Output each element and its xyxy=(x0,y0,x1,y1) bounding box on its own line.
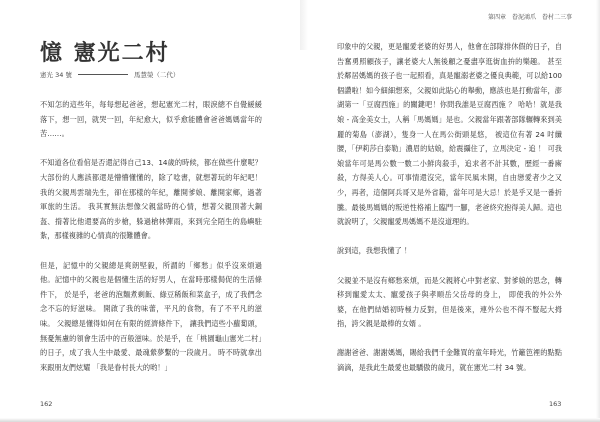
byline: 憲光 34 號 馬慧榮（二代） xyxy=(40,70,179,79)
right-body: 印象中的父親，更是寵愛老婆的好男人，他會在部隊排休假的日子，自告奮勇照顧孩子，讓… xyxy=(337,40,562,390)
paragraph: 不知怎的這些年，每每想起爸爸，想起憲光二村，眼淚總不自覺緩緩落下，想一回，就哭一… xyxy=(40,98,262,142)
paragraph: 說到這，我想我懂了 ！ xyxy=(337,244,562,259)
byline-divider xyxy=(78,74,128,75)
page-number: 163 xyxy=(549,400,561,408)
paragraph: 印象中的父親，更是寵愛老婆的好男人，他會在部隊排休假的日子，自告奮勇照顧孩子，讓… xyxy=(337,40,562,230)
page-number: 162 xyxy=(40,400,52,408)
paragraph: 不知道各位看倌是否還記得自己13、14歲的時候，都在做些什麼呢？大部份的人應該都… xyxy=(40,156,262,244)
paragraph: 但是，記憶中的父親總是爽朗堅毅，所謂的「鄉愁」似乎沒來煩過他。記憶中的父親也是個… xyxy=(40,259,262,376)
left-body: 不知怎的這些年，每每想起爸爸，想起憲光二村，眼淚總不自覺緩緩落下，想一回，就哭一… xyxy=(40,98,262,390)
page-edge xyxy=(596,0,600,422)
page-edge xyxy=(0,418,600,422)
book-spread: 憶 憲光二村 憲光 34 號 馬慧榮（二代） 不知怎的這些年，每每想起爸爸，想起… xyxy=(0,0,600,422)
paragraph: 父親並不是沒有鄉愁來煩，而是父親將心中對老家、對爹娘的思念，轉移到寵愛太太、寵愛… xyxy=(337,274,562,332)
paragraph: 謝謝爸爸、謝謝媽媽，賜給我們千金難買的童年時光，竹籬笆裡的點點滴滴，是我此生最愛… xyxy=(337,346,562,375)
article-title: 憶 憲光二村 xyxy=(40,36,170,67)
left-page: 憶 憲光二村 憲光 34 號 馬慧榮（二代） 不知怎的這些年，每每想起爸爸，想起… xyxy=(0,0,300,422)
right-page: 印象中的父親，更是寵愛老婆的好男人，他會在部隊排休假的日子，自告奮勇照顧孩子，讓… xyxy=(300,0,600,422)
byline-author: 馬慧榮（二代） xyxy=(134,70,180,79)
byline-address: 憲光 34 號 xyxy=(40,70,72,79)
running-head: 第四章 眷泥鴻爪 眷村二三事 xyxy=(488,12,572,21)
